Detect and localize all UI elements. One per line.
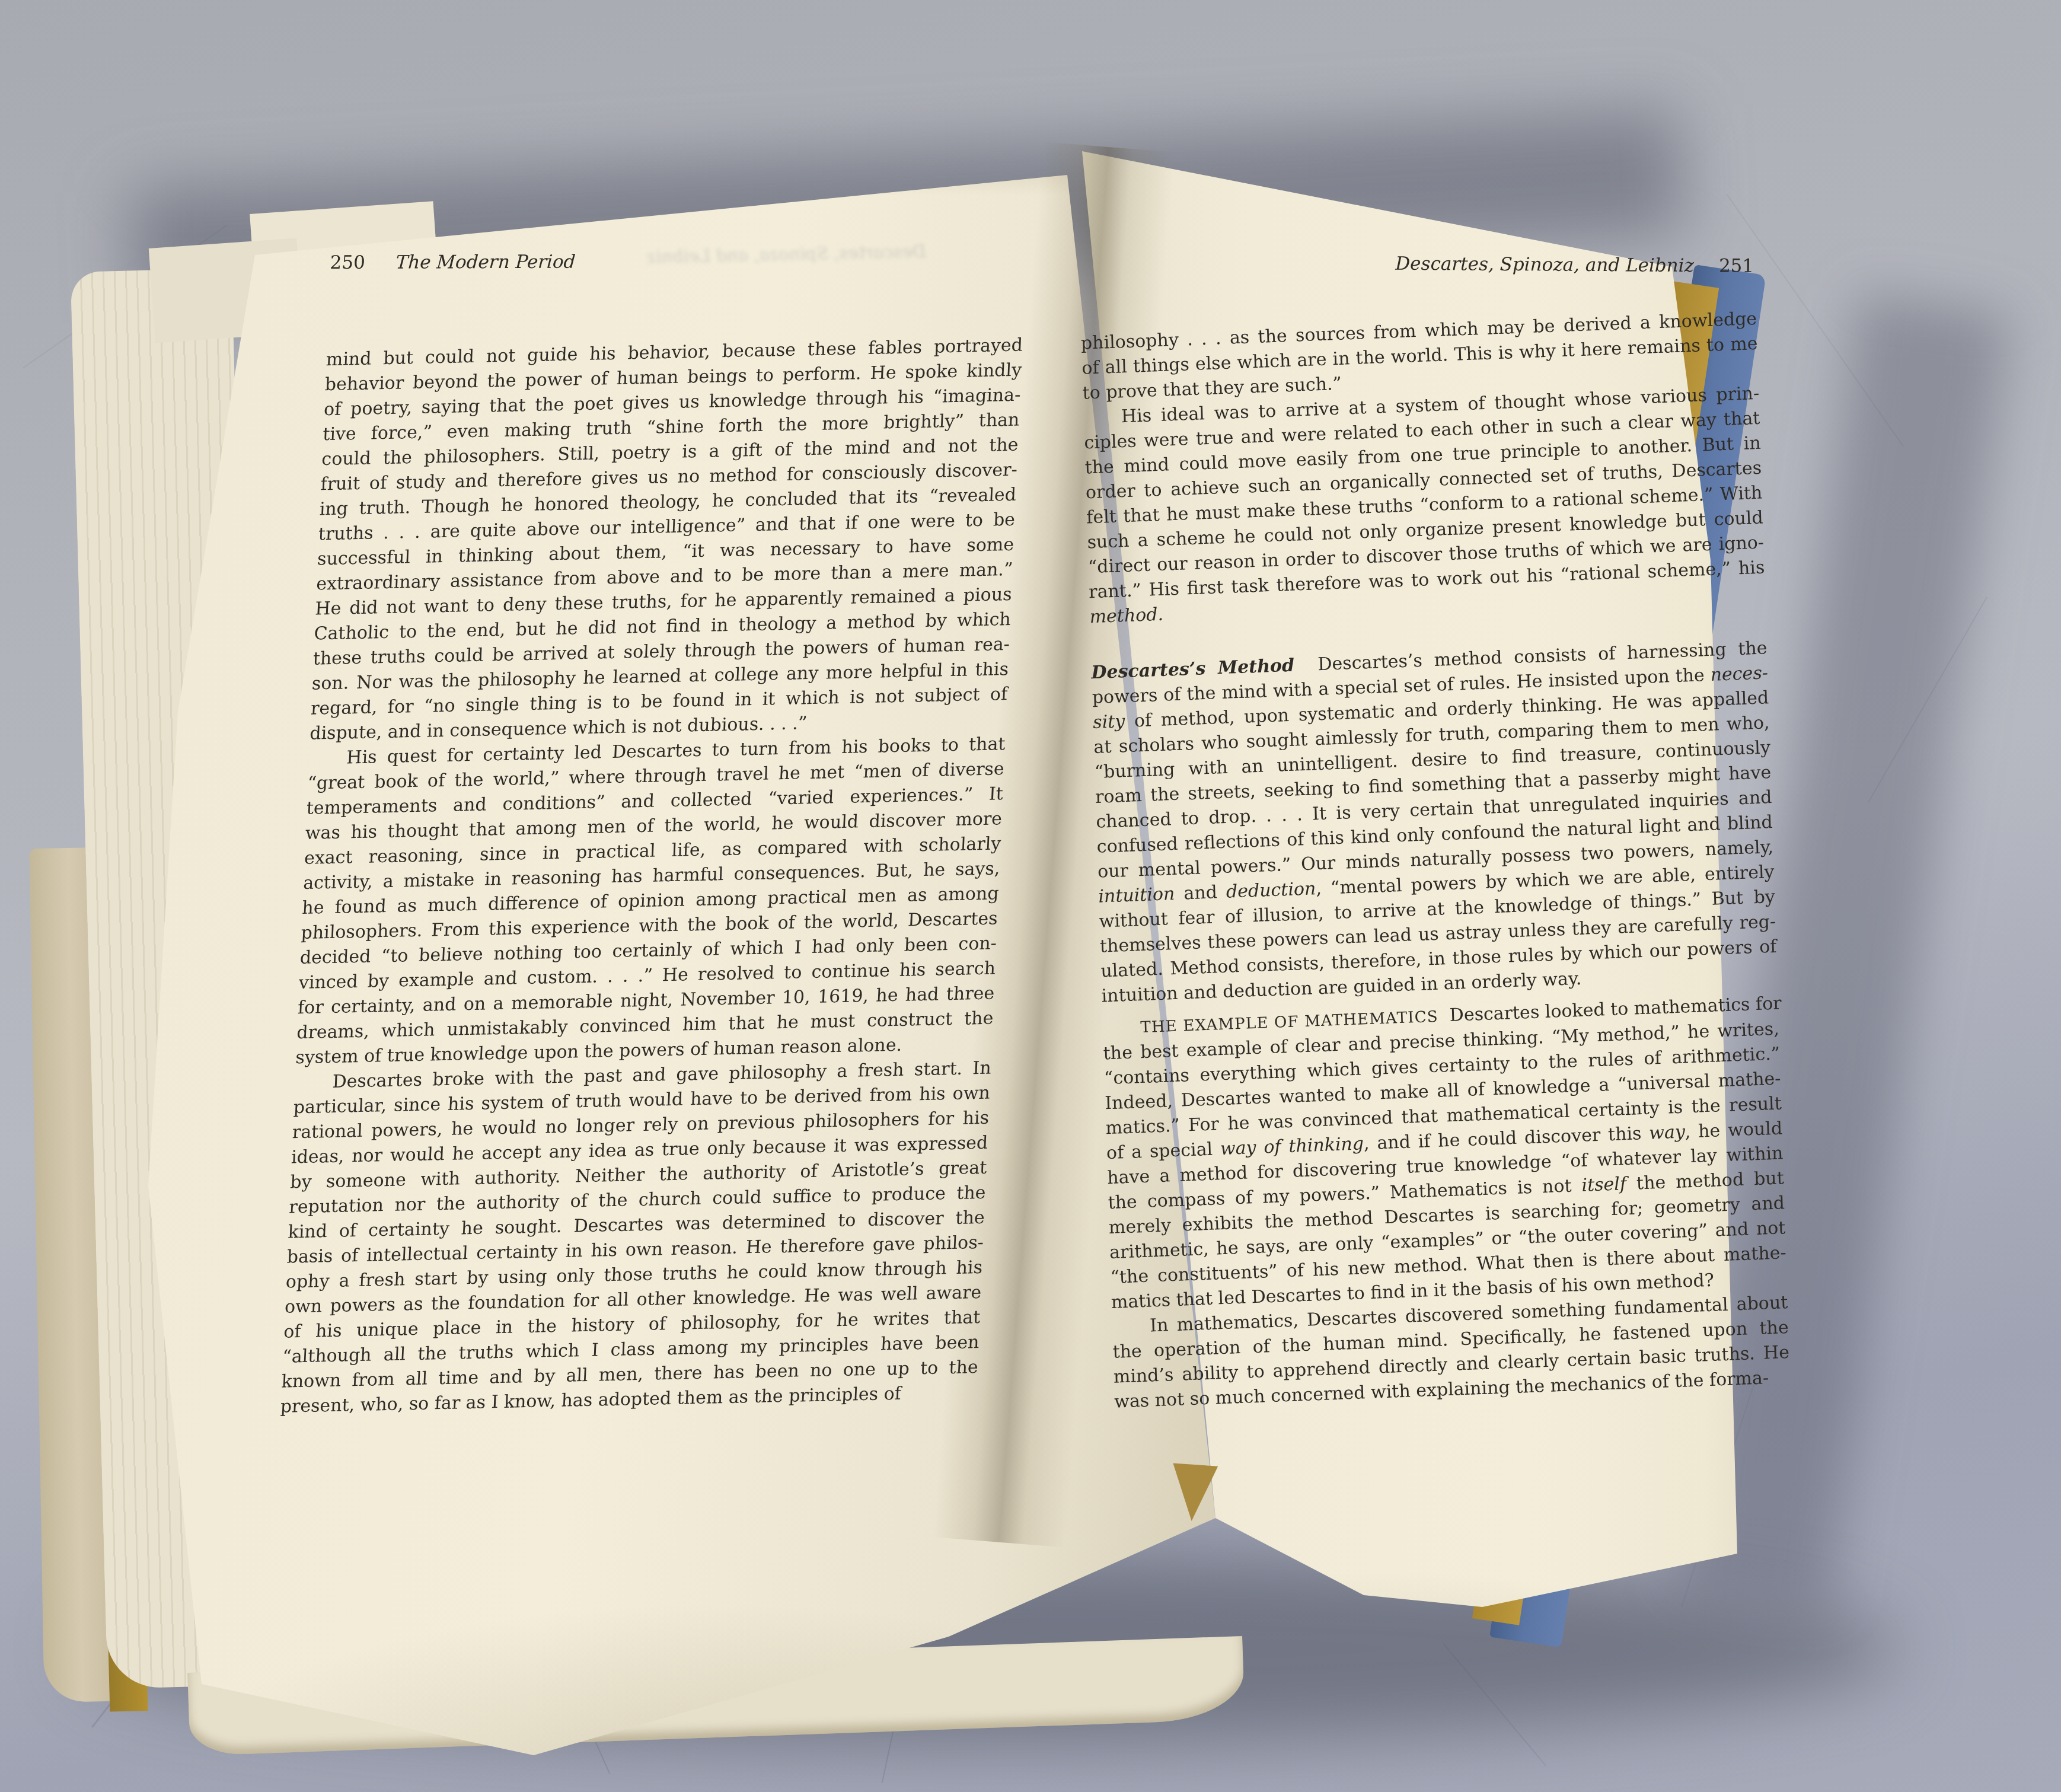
photo-of-open-book: { "palette": { "background_gray": "#b0b2… — [0, 0, 2061, 1792]
page-251-text: Descartes, Spinoza, and Leibniz 251 phil… — [1078, 223, 1791, 1415]
paragraph: His quest for certainty led Descartes to… — [295, 732, 1006, 1070]
paragraph: Descartes’s Method Descartes’s method co… — [1091, 636, 1778, 1009]
page-251-body: philosophy . . . as the sources from whi… — [1080, 307, 1790, 1415]
paragraph: THE EXAMPLE OF MATHEMATICS Descartes loo… — [1102, 991, 1788, 1315]
gutter-notch — [1169, 1463, 1218, 1522]
page-number: 250 — [329, 249, 366, 276]
page-250-body: mind but could not guide his behavior, b… — [280, 333, 1023, 1420]
running-head-left: 250 The Modern Period — [329, 247, 1027, 276]
page-250-text: Descartes, Spinoza, and Leibniz 250 The … — [280, 234, 1028, 1419]
paragraph: Descartes broke with the past and gave p… — [280, 1056, 992, 1420]
page-number: 251 — [1719, 252, 1754, 279]
paragraph: mind but could not guide his behavior, b… — [309, 333, 1023, 747]
paragraph: His ideal was to arrive at a system of t… — [1083, 381, 1766, 630]
running-head-title: Descartes, Spinoza, and Leibniz — [1395, 250, 1694, 279]
running-head-title: The Modern Period — [395, 248, 576, 276]
running-head-right: Descartes, Spinoza, and Leibniz 251 — [1077, 248, 1754, 280]
